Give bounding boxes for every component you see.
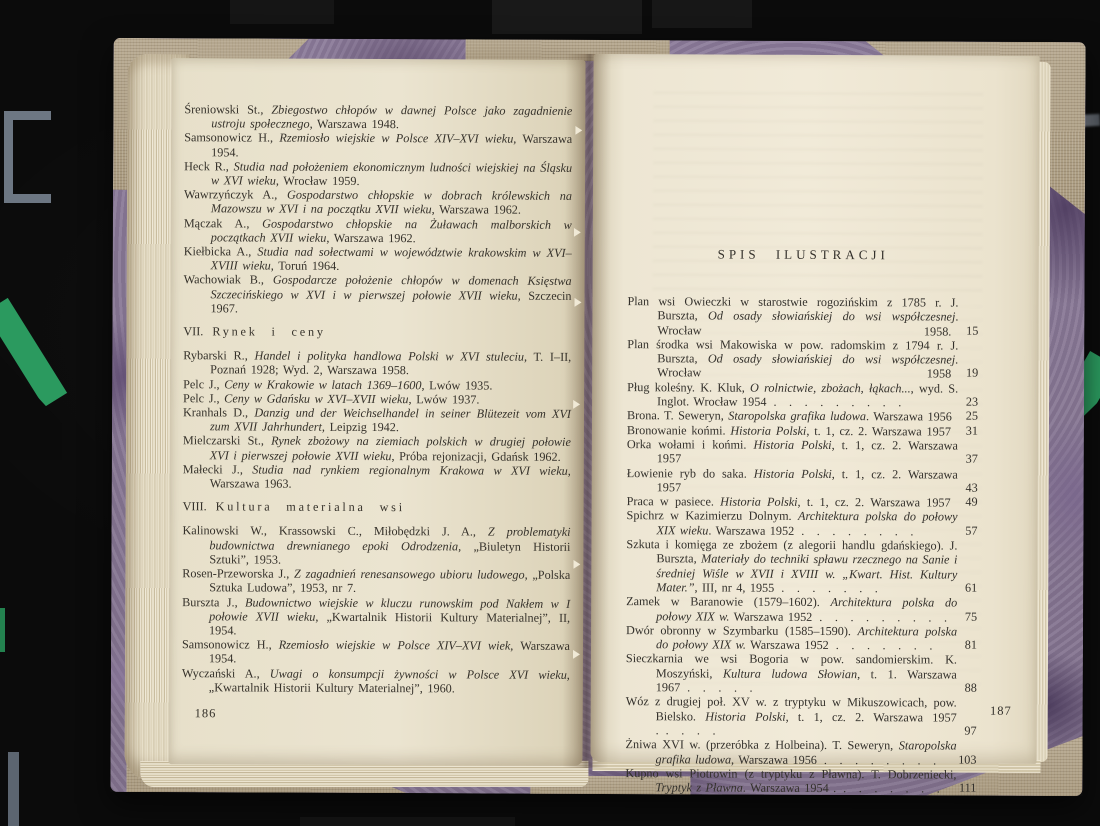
bibliography-entry: Heck R., Studia nad położeniem ekonomicz…: [184, 159, 572, 189]
illustrations-title: SPIS ILUSTRACJI: [628, 246, 979, 264]
illustration-page-number: 37: [966, 452, 978, 466]
bibliography-entry-list: Kalinowski W., Krassowski C., Miłobędzki…: [182, 524, 571, 696]
section-number: VII.: [183, 324, 203, 338]
bibliography-entry: Wawrzyńczyk A., Gospodarstwo chłopskie w…: [184, 187, 572, 217]
leader-dots: . . . .: [666, 723, 716, 737]
illustration-entry: Szkuta i komięga ze zbożem (z alegorii h…: [626, 537, 977, 596]
leader-dots: . . . . . . . . .: [819, 609, 947, 624]
bibliography-entry: Kranhals D., Danzig und der Weichselhand…: [183, 405, 571, 435]
illustration-page-number: 57: [965, 523, 977, 537]
illustration-page-number: 111: [959, 781, 976, 795]
illustration-entry: Zamek w Baranowie (1579–1602). Architekt…: [626, 594, 977, 624]
section-number: VIII.: [183, 499, 207, 513]
illustrations-list-block: SPIS ILUSTRACJI Plan wsi Owieczki w star…: [625, 54, 979, 764]
cradle-shadow-top-1: [492, 0, 642, 34]
page-number-right: 187: [626, 702, 1012, 718]
bibliography-section: Śreniowski St., Zbiegostwo chłopów w daw…: [183, 102, 572, 317]
bibliography-entry: Mielczarski St., Rynek zbożowy na ziemia…: [183, 434, 571, 464]
illustration-page-number: 25: [966, 409, 978, 423]
illustration-page-number: 19: [966, 366, 978, 380]
illustration-entry: Bronowanie końmi. Historia Polski, t. 1,…: [627, 423, 978, 439]
illustration-page-number: 23: [966, 395, 978, 409]
leader-dots: . . . . .: [687, 680, 752, 694]
bibliography-entry-list: Śreniowski St., Zbiegostwo chłopów w daw…: [183, 102, 572, 317]
illustration-page-number: 43: [965, 480, 977, 494]
illustration-entry-text: Praca w pasiece. Historia Polski, t. 1, …: [627, 494, 951, 509]
illustration-page-number: 97: [964, 724, 976, 738]
illustration-entry: Orka wołami i końmi. Historia Polski, t.…: [627, 437, 978, 467]
page-number-left: 186: [195, 706, 217, 720]
bibliography-entry: Kiełbicka A., Studia nad sołectwami w wo…: [184, 244, 572, 274]
bibliography-entry: Kalinowski W., Krassowski C., Miłobędzki…: [182, 524, 570, 568]
bibliography-entry: Samsonowicz H., Rzemiosło wiejskie w Pol…: [184, 131, 572, 161]
illustration-page-number: 103: [958, 752, 976, 766]
illustration-entry: Brona. T. Seweryn, Staropolska grafika l…: [627, 409, 978, 425]
illustration-page-number: 88: [965, 681, 977, 695]
bibliography-entry: Burszta J., Budownictwo wiejskie w klucz…: [182, 595, 570, 639]
corner-bracket-mark: [4, 111, 51, 203]
illustration-entry: Pług koleśny. K. Kluk, O rolnictwie, zbo…: [627, 380, 978, 410]
leader-dots: . . . . . . .: [843, 781, 940, 795]
illustration-page-number: 49: [965, 495, 977, 509]
illustration-entry-text: Orka wołami i końmi. Historia Polski, t.…: [627, 437, 958, 466]
bibliography-section: VIII.Kultura materialna wsi Kalinowski W…: [182, 499, 571, 695]
illustration-page-number: 75: [965, 609, 977, 623]
illustration-entry: Plan wsi Owieczki w starostwie rogozińsk…: [627, 294, 978, 338]
illustration-entry: Plan środka wsi Makowiska w pow. radomsk…: [627, 337, 978, 381]
book-gutter-shadow: [562, 54, 611, 768]
illustration-entry-text: Brona. T. Seweryn, Staropolska grafika l…: [627, 409, 952, 424]
right-page: SPIS ILUSTRACJI Plan wsi Owieczki w star…: [590, 54, 1039, 764]
illustration-page-number: 31: [966, 423, 978, 437]
section-title: Rynek i ceny: [212, 324, 325, 338]
leader-dots: . . . . . . .: [781, 581, 878, 595]
open-book: Śreniowski St., Zbiegostwo chłopów w daw…: [110, 38, 1085, 796]
illustration-page-number: 15: [966, 323, 978, 337]
illustration-entry: Spichrz w Kazimierzu Dolnym. Architektur…: [626, 509, 977, 539]
bibliography-entry: Małecki J., Studia nad rynkiem regionaln…: [183, 462, 571, 492]
illustration-entry-text: Sieczkarnia we wsi Bogoria w pow. sandom…: [626, 652, 957, 695]
cradle-shadow-top-3: [230, 0, 334, 24]
leader-dots: . . . . . . . .: [824, 752, 936, 766]
bibliography-sections: Śreniowski St., Zbiegostwo chłopów w daw…: [182, 102, 573, 696]
leader-dots: . . . . . . . . .: [773, 395, 901, 410]
bibliography-text-block: Śreniowski St., Zbiegostwo chłopów w daw…: [168, 58, 585, 766]
bibliography-entry: Śreniowski St., Zbiegostwo chłopów w daw…: [184, 102, 572, 132]
left-page: Śreniowski St., Zbiegostwo chłopów w daw…: [168, 58, 585, 766]
section-heading: VIII.Kultura materialna wsi: [183, 499, 571, 515]
section-heading: VII.Rynek i ceny: [183, 324, 571, 340]
green-sliver-left: [0, 608, 5, 652]
illustration-entry-text: Plan wsi Owieczki w starostwie rogozińsk…: [627, 294, 958, 338]
bibliography-entry: Rybarski R., Handel i polityka handlowa …: [183, 348, 571, 378]
illustration-entry: Kupno wsi Piotrowin (z tryptyku z Pławna…: [625, 766, 976, 796]
illustration-entry-list: Plan wsi Owieczki w starostwie rogozińsk…: [625, 294, 978, 796]
bibliography-entry: Wyczański A., Uwagi o konsumpcji żywnośc…: [182, 666, 570, 696]
illustration-entry-text: Łowienie ryb do saka. Historia Polski, t…: [627, 466, 958, 495]
illustration-entry: Sieczkarnia we wsi Bogoria w pow. sandom…: [626, 652, 977, 696]
section-title: Kultura materialna wsi: [216, 500, 405, 515]
leader-dots: . . . . . . . .: [801, 524, 913, 538]
illustration-entry: Praca w pasiece. Historia Polski, t. 1, …: [627, 494, 978, 510]
bibliography-entry: Mączak A., Gospodarstwo chłopskie na Żuł…: [184, 216, 572, 246]
gray-strip-bottom-left: [8, 752, 19, 826]
illustration-page-number: 81: [965, 638, 977, 652]
bibliography-entry: Samsonowicz H., Rzemiosło wiejskie w Pol…: [182, 637, 570, 667]
illustration-page-number: 61: [965, 581, 977, 595]
bibliography-entry-list: Rybarski R., Handel i polityka handlowa …: [183, 348, 572, 492]
illustration-entry-text: Plan środka wsi Makowiska w pow. radomsk…: [627, 337, 958, 381]
photo-background: Śreniowski St., Zbiegostwo chłopów w daw…: [0, 0, 1100, 826]
bibliography-entry: Wachowiak B., Gospodarcze położenie chło…: [183, 273, 571, 317]
cradle-shadow-top-2: [652, 0, 752, 28]
bibliography-section: VII.Rynek i ceny Rybarski R., Handel i p…: [183, 324, 572, 492]
illustration-entry: Dwór obronny w Szymbarku (1585–1590). Ar…: [626, 623, 977, 653]
illustration-entry: Łowienie ryb do saka. Historia Polski, t…: [627, 466, 978, 496]
leader-dots: . . . . . . .: [836, 638, 933, 652]
illustration-entry-text: Bronowanie końmi. Historia Polski, t. 1,…: [627, 423, 951, 438]
illustration-entry: Żniwa XVI w. (przeróbka z Holbeina). T. …: [625, 737, 976, 767]
cradle-shadow-bottom: [300, 817, 515, 826]
bibliography-entry: Rosen-Przeworska J., Z zagadnień renesan…: [182, 566, 570, 596]
